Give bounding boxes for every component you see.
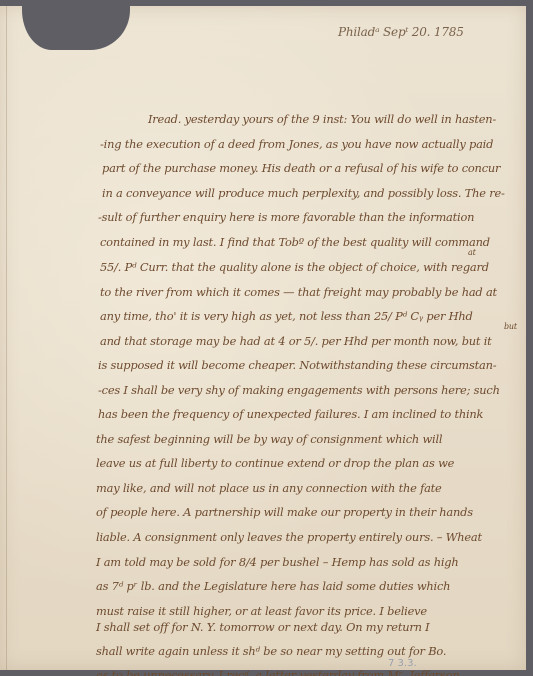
torn-corner	[22, 6, 130, 50]
letter-line: -sult of further enquiry here is more fa…	[98, 210, 474, 224]
insertion-at: at	[468, 248, 476, 257]
letter-line: -ing the execution of a deed from Jones,…	[100, 137, 493, 151]
letter-line: liable. A consignment only leaves the pr…	[96, 530, 482, 544]
letter-line: Iread. yesterday yours of the 9 inst: Yo…	[148, 112, 496, 126]
letter-line: of people here. A partnership will make …	[96, 505, 473, 519]
letter-line: the safest beginning will be by way of c…	[96, 432, 442, 446]
fold-crease	[6, 6, 7, 670]
pencil-annotation: 7 3.3.	[388, 658, 417, 669]
letter-line: -ces I shall be very shy of making engag…	[98, 383, 500, 397]
letter-line: leave us at full liberty to continue ext…	[96, 456, 454, 470]
letter-line: may like, and will not place us in any c…	[96, 481, 442, 495]
dateline: Philadᵃ Sepᵗ 20. 1785	[338, 25, 464, 39]
letter-page: Philadᵃ Sepᵗ 20. 1785 Iread. yesterday y…	[0, 6, 526, 670]
letter-line: must raise it still higher, or at least …	[96, 604, 427, 618]
letter-line: is supposed it will become cheaper. Notw…	[98, 358, 496, 372]
letter-line: I am told may be sold for 8/4 per bushel…	[96, 555, 459, 569]
letter-line: part of the purchase money. His death or…	[102, 161, 500, 175]
insertion-but: but	[504, 322, 517, 331]
letter-line: in a conveyance will produce much perple…	[102, 186, 505, 200]
letter-line: shall write again unless it shᵈ be so ne…	[96, 644, 446, 658]
letter-line: I shall set off for N. Y. tomorrow or ne…	[96, 620, 429, 634]
letter-line: any time, tho' it is very high as yet, n…	[100, 309, 473, 323]
letter-line: and that storage may be had at 4 or 5/. …	[100, 334, 492, 348]
letter-line: has been the frequency of unexpected fai…	[98, 407, 483, 421]
letter-line: as 7ᵈ pʳ lb. and the Legislature here ha…	[96, 579, 450, 593]
letter-line: as to be unnecessary. I recᵈ. a letter y…	[96, 668, 459, 676]
letter-line: contained in my last. I find that Tobº o…	[100, 235, 490, 249]
letter-line: to the river from which it comes — that …	[100, 285, 497, 299]
letter-line: 55/. Pᵈ Curr. that the quality alone is …	[100, 260, 489, 274]
